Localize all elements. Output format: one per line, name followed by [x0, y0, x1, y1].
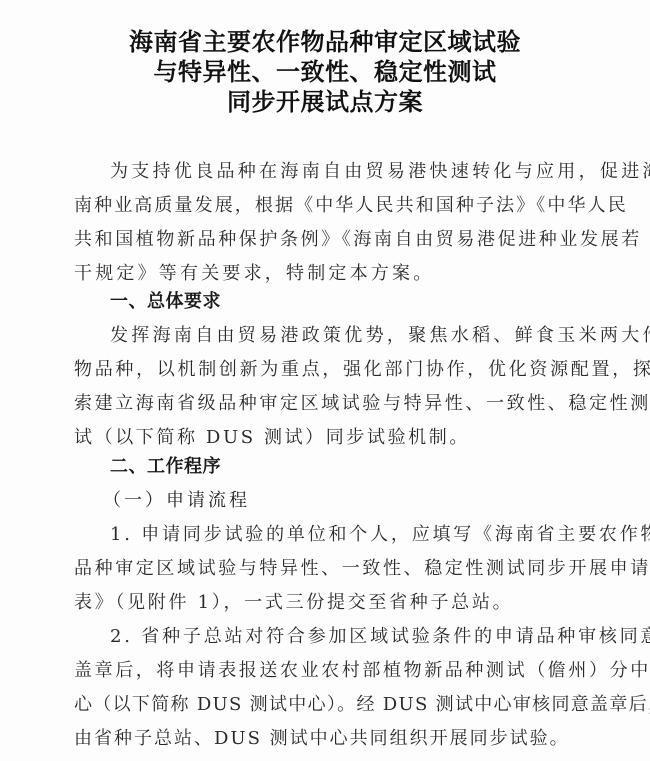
item1-paragraph-line: 1. 申请同步试验的单位和个人，应填写《海南省主要农作物: [110, 523, 610, 547]
document-page: 海南省主要农作物品种审定区域试验 与特异性、一致性、稳定性测试 同步开展试点方案…: [0, 0, 650, 761]
item2-paragraph-line: 由省种子总站、DUS 测试中心共同组织开展同步试验。: [74, 727, 574, 751]
document-title-line-3: 同步开展试点方案: [0, 87, 650, 117]
intro-paragraph-line: 共和国植物新品种保护条例》《海南自由贸易港促进种业发展若: [74, 228, 574, 252]
document-title-line-1: 海南省主要农作物品种审定区域试验: [0, 27, 650, 57]
item1-paragraph-line: 表》（见附件 1），一式三份提交至省种子总站。: [74, 591, 574, 615]
intro-paragraph-line: 南种业高质量发展，根据《中华人民共和国种子法》《中华人民: [74, 194, 574, 218]
intro-paragraph-line: 为支持优良品种在海南自由贸易港快速转化与应用，促进海: [110, 160, 610, 184]
intro-paragraph-line: 干规定》等有关要求，特制定本方案。: [74, 262, 574, 286]
section1-paragraph-line: 试（以下简称 DUS 测试）同步试验机制。: [74, 426, 574, 450]
section1-paragraph-line: 发挥海南自由贸易港政策优势，聚焦水稻、鲜食玉米两大作: [110, 324, 610, 348]
item2-paragraph-line: 2. 省种子总站对符合参加区域试验条件的申请品种审核同意: [110, 625, 610, 649]
section-heading-general-requirements: 一、总体要求: [110, 290, 221, 314]
subsection-heading-application-process: （一）申请流程: [103, 489, 250, 513]
section1-paragraph-line: 索建立海南省级品种审定区域试验与特异性、一致性、稳定性测: [74, 392, 574, 416]
section1-paragraph-line: 物品种，以机制创新为重点，强化部门协作，优化资源配置，探: [74, 358, 574, 382]
document-title-line-2: 与特异性、一致性、稳定性测试: [0, 57, 650, 87]
section-heading-work-procedure: 二、工作程序: [110, 455, 221, 479]
item1-paragraph-line: 品种审定区域试验与特异性、一致性、稳定性测试同步开展申请: [74, 557, 574, 581]
item2-paragraph-line: 盖章后，将申请表报送农业农村部植物新品种测试（儋州）分中: [74, 659, 574, 683]
item2-paragraph-line: 心（以下简称 DUS 测试中心）。经 DUS 测试中心审核同意盖章后，: [74, 693, 574, 717]
